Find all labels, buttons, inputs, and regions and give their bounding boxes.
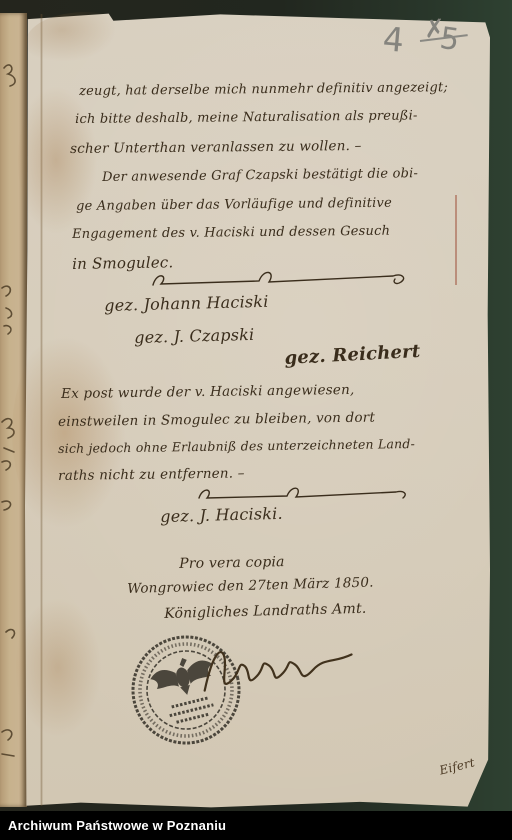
manuscript-line: raths nicht zu entfernen. – bbox=[58, 465, 245, 484]
fold-crease bbox=[40, 14, 43, 806]
signature: gez. J. Czapski bbox=[134, 325, 255, 347]
closing-flourish bbox=[193, 483, 413, 507]
archive-footer-bar: Archiwum Państwowe w Poznaniu bbox=[0, 811, 512, 840]
bleed-through-ink-fragments bbox=[0, 60, 26, 780]
manuscript-line: scher Unterthan veranlassen zu wollen. – bbox=[70, 138, 362, 157]
archive-footer-label: Archiwum Państwowe w Poznaniu bbox=[0, 818, 226, 833]
closing-flourish bbox=[145, 267, 413, 295]
official-signature bbox=[199, 631, 359, 708]
signature: gez. J. Haciski. bbox=[160, 504, 283, 526]
pencil-page-number: 4 bbox=[381, 19, 405, 60]
certification-line: Pro vera copia bbox=[179, 554, 285, 572]
archival-scan: 4 ✗ 5 zeugt, hat derselbe mich nunmehr d… bbox=[0, 0, 512, 840]
